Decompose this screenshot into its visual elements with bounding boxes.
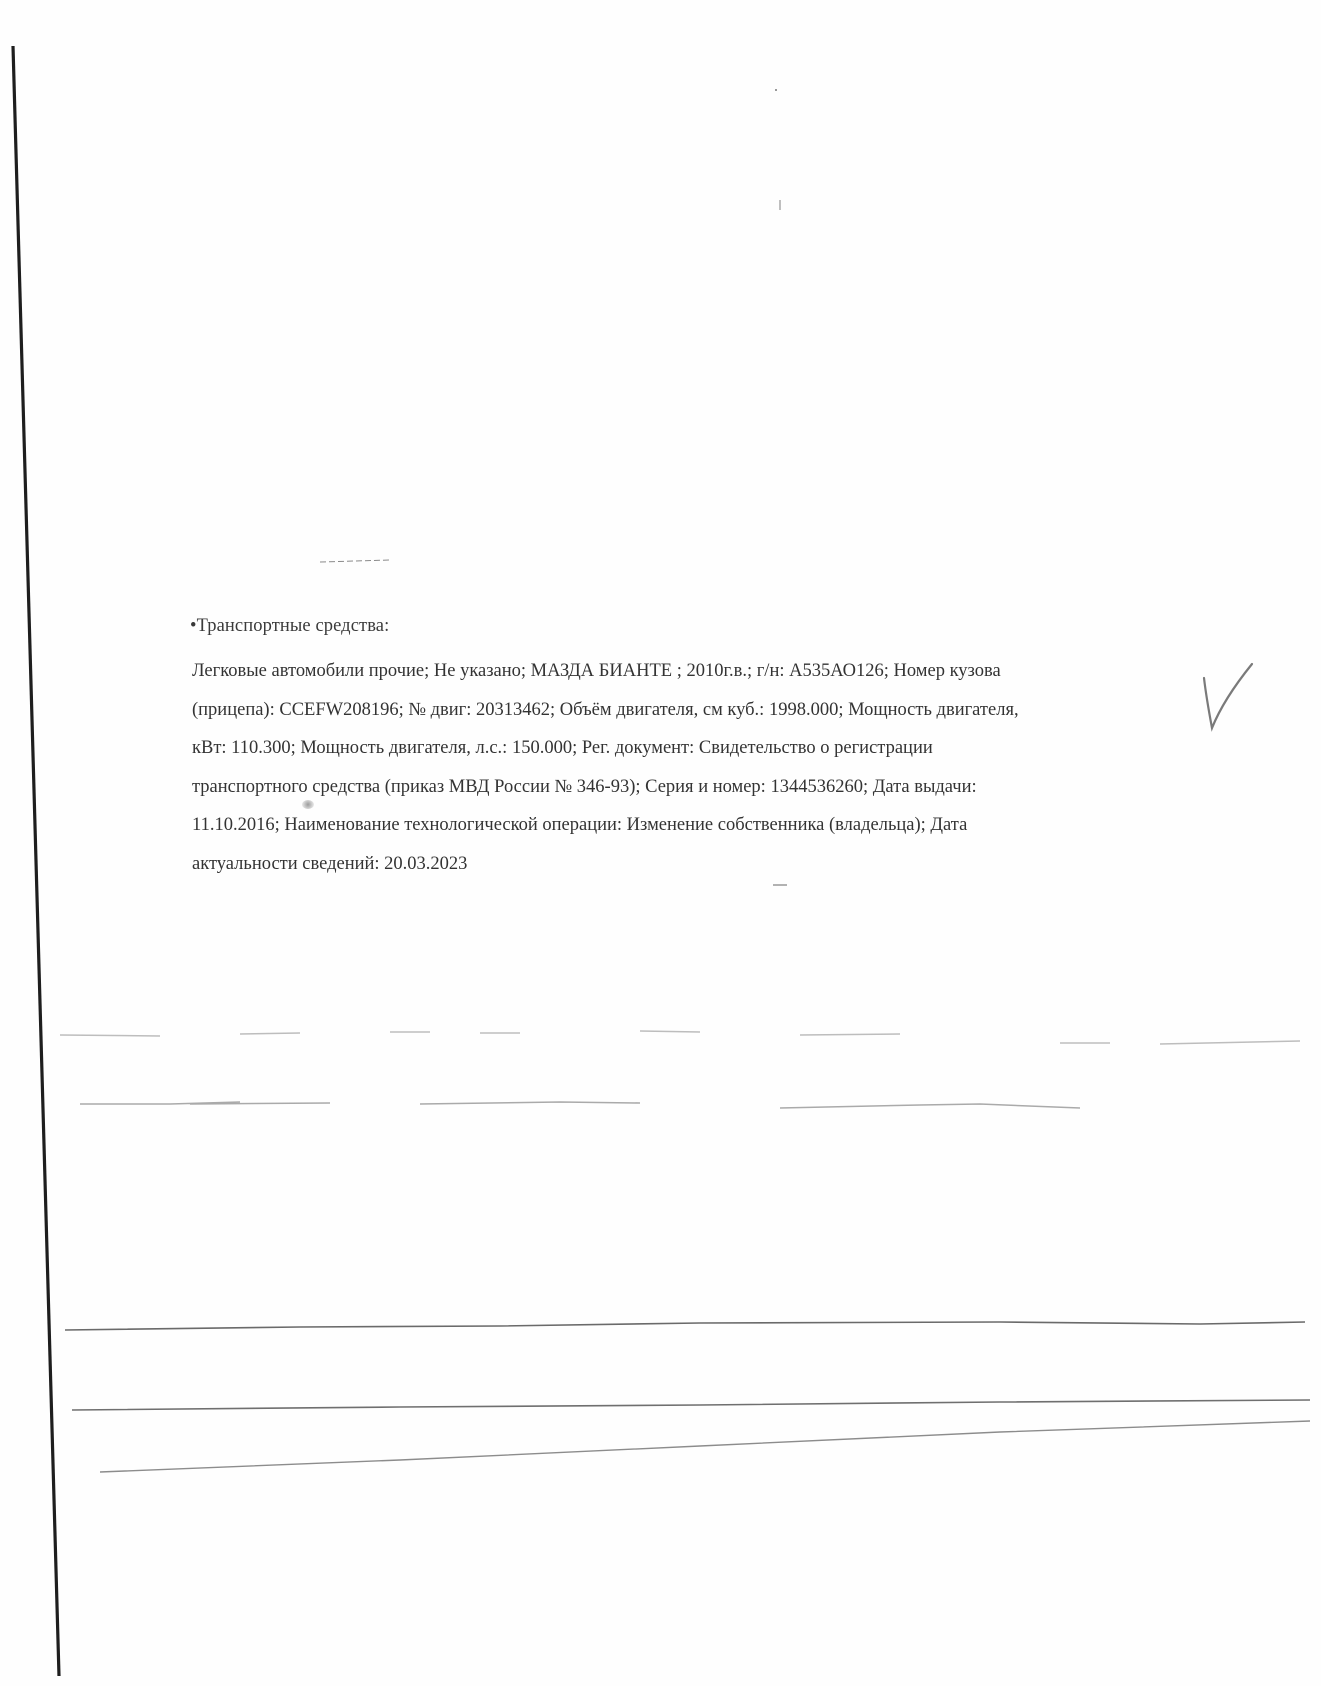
faint-rule	[80, 1102, 1080, 1108]
horizontal-rule-3	[100, 1421, 1310, 1472]
short-dash	[320, 560, 390, 562]
scanned-page: •Транспортные средства: Легковые автомоб…	[0, 0, 1321, 1686]
checkmark-icon	[1190, 650, 1260, 740]
faint-rule	[60, 1031, 1300, 1044]
paragraph-line: кВт: 110.300; Мощность двигателя, л.с.: …	[192, 729, 1182, 768]
paragraph-line: (прицепа): CCEFW208196; № двиг: 20313462…	[192, 691, 1182, 730]
horizontal-rule-2	[72, 1400, 1310, 1410]
paragraph-line: Легковые автомобили прочие; Не указано; …	[192, 652, 1182, 691]
ink-smudge	[302, 800, 314, 809]
paragraph-line: транспортного средства (приказ МВД Росси…	[192, 768, 1182, 807]
horizontal-rule-1	[65, 1322, 1305, 1330]
left-border-line	[13, 46, 59, 1676]
paragraph-line: 11.10.2016; Наименование технологической…	[192, 806, 1182, 845]
section-heading: •Транспортные средства:	[190, 616, 389, 637]
paragraph-line: актуальности сведений: 20.03.2023	[192, 845, 1182, 884]
vehicle-details-paragraph: Легковые автомобили прочие; Не указано; …	[192, 652, 1182, 883]
